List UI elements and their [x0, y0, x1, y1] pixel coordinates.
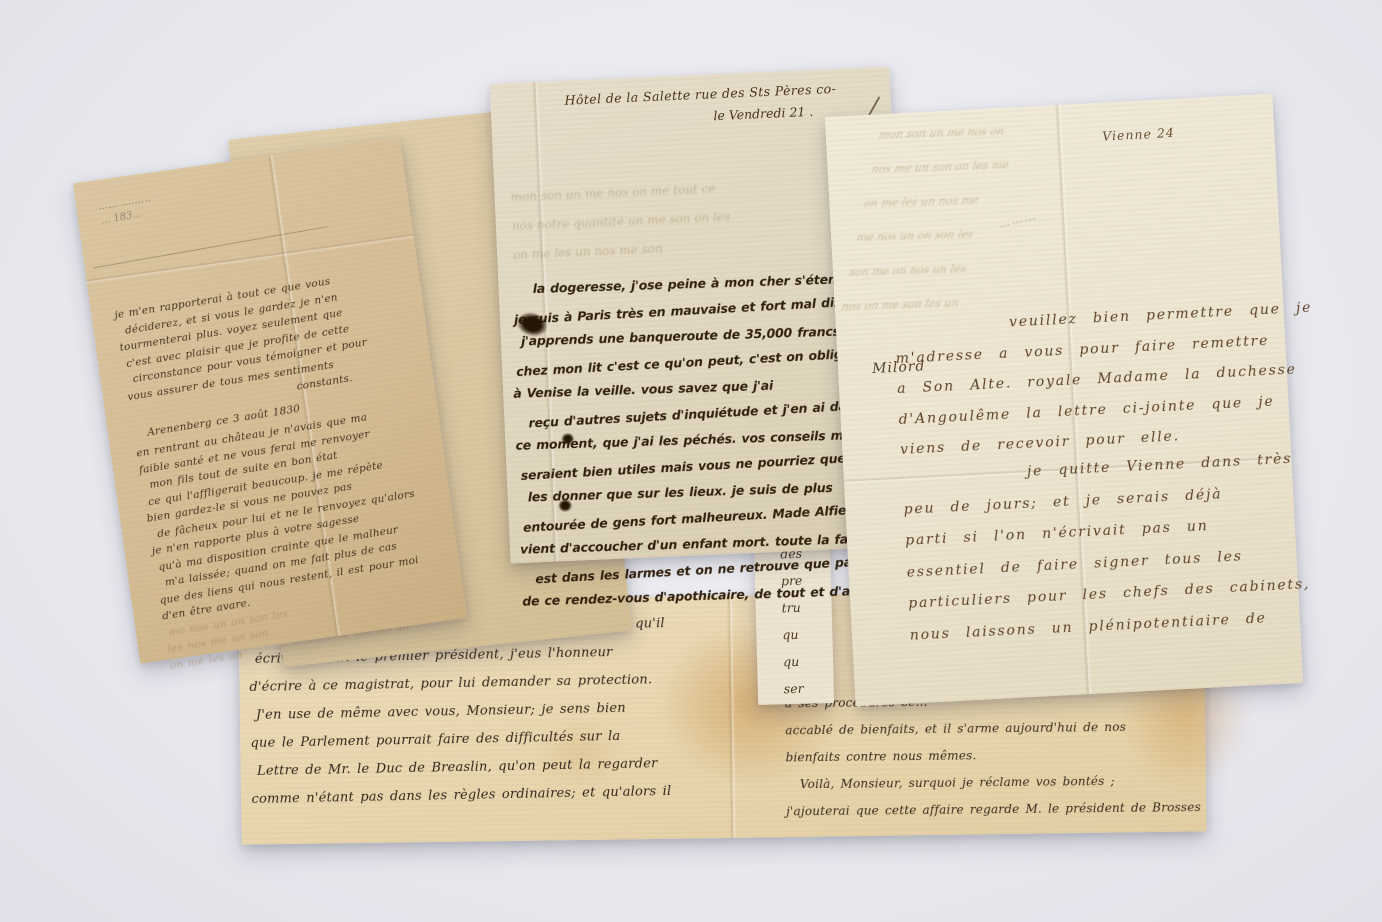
left-letter-text: je m'en rapporterai à tout ce que vousdé… — [113, 261, 463, 674]
right-letter-paragraph-1: veuillez bien permettre que jem'adresse … — [893, 295, 1280, 466]
right-letter-paragraph-2: je quitte Vienne dans trèspeu de jours; … — [901, 444, 1290, 651]
bottom-sheet-right-text: à ses procédures ce…accablé de bienfaits… — [785, 686, 1206, 825]
handwriting-line: j'ajouterai que cette affaire regarde M.… — [786, 794, 1206, 825]
letter-right: mon son un me nos onnos me un son on les… — [825, 94, 1303, 707]
pencil-annotation: …… ……… … 183… — [97, 192, 154, 229]
pencil-rule-line — [93, 226, 328, 268]
letter-left: …… ……… … 183… je m'en rapporterai à tout… — [73, 137, 467, 663]
handwriting-line: qu — [783, 648, 806, 676]
handwriting-line: Voilà, Monsieur, surquoi je réclame vos … — [800, 767, 1206, 798]
photo-of-letters: …oy, et de la Lettre qu'ilécrivait à Mr.… — [0, 0, 1382, 922]
right-ghost-text: mon son un me nos onnos me un son on les… — [838, 106, 1282, 324]
handwriting-line: qu — [782, 621, 805, 649]
middle-letter-heading: Hôtel de la Salette rue des Sts Pères co… — [536, 80, 864, 109]
handwriting-line: ser — [783, 675, 806, 703]
